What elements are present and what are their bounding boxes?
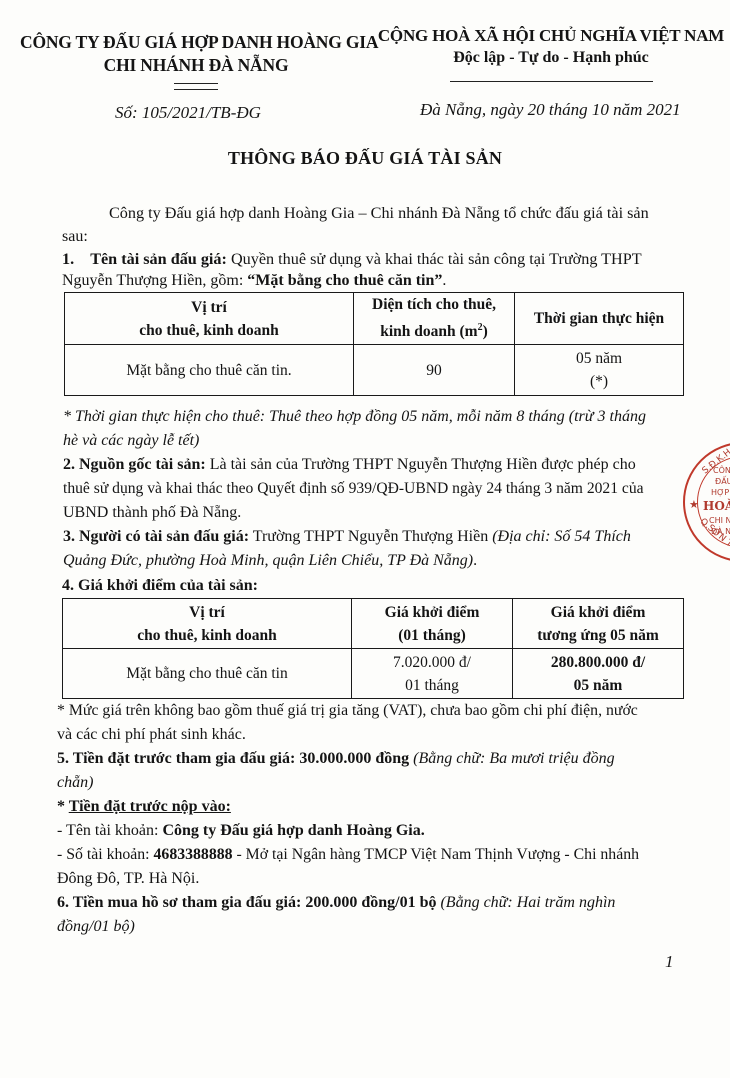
seal-text-large: HOÀNG: [703, 499, 730, 513]
header-text: Thời gian thực hiện: [519, 307, 679, 330]
header-text: kinh doanh (m2): [358, 316, 510, 343]
section-3-address: (Địa chỉ: Số 54 Thích: [492, 528, 631, 545]
section-5-line-1: 5. Tiền đặt trước tham gia đấu giá: 30.0…: [57, 750, 615, 768]
header-text: Giá khởi điểm: [356, 601, 508, 624]
page-number: 1: [665, 952, 674, 972]
company-header: CÔNG TY ĐẤU GIÁ HỢP DANH HOÀNG GIA CHI N…: [20, 32, 372, 90]
asterisk: *: [57, 798, 69, 815]
national-motto-title: CỘNG HOÀ XÃ HỘI CHỦ NGHĨA VIỆT NAM: [372, 26, 730, 46]
asset-table: Vị trí cho thuê, kinh doanh Diện tích ch…: [64, 292, 684, 396]
table-header-total-price: Giá khởi điểm tương ứng 05 năm: [513, 599, 684, 649]
table-header-row: Vị trí cho thuê, kinh doanh Diện tích ch…: [65, 293, 684, 345]
note-1-line-2: hè và các ngày lễ tết): [63, 432, 199, 450]
header-text: tương ứng 05 năm: [517, 624, 679, 647]
cell-total-price: 280.800.000 đ/ 05 năm: [513, 649, 684, 699]
table-row: Mặt bằng cho thuê căn tin. 90 05 năm (*): [65, 345, 684, 396]
section-2-label: 2. Nguồn gốc tài sản:: [63, 456, 206, 473]
table-row: Mặt bằng cho thuê căn tin 7.020.000 đ/ 0…: [63, 649, 684, 699]
table-header-duration: Thời gian thực hiện: [515, 293, 684, 345]
cell-location: Mặt bằng cho thuê căn tin: [63, 649, 352, 699]
section-6-words: (Bằng chữ: Hai trăm nghìn: [436, 894, 615, 911]
place-date: Đà Nẵng, ngày 20 tháng 10 năm 2021: [420, 100, 681, 120]
section-1-label: Tên tài sản đấu giá:: [90, 250, 227, 268]
national-header: CỘNG HOÀ XÃ HỘI CHỦ NGHĨA VIỆT NAM Độc l…: [372, 26, 730, 82]
account-number-label: - Số tài khoản:: [57, 846, 154, 863]
section-1-line-1: 1. Tên tài sản đấu giá: Quyền thuê sử dụ…: [62, 250, 642, 269]
account-name-line: - Tên tài khoản: Công ty Đấu giá hợp dan…: [57, 822, 425, 840]
section-3-label: 3. Người có tài sản đấu giá:: [63, 528, 249, 545]
note-2-line-1: * Mức giá trên không bao gồm thuế giá tr…: [57, 702, 638, 720]
branch-name: CHI NHÁNH ĐÀ NẴNG: [20, 55, 372, 76]
header-text: cho thuê, kinh doanh: [67, 624, 347, 647]
header-text: Vị trí: [69, 296, 349, 319]
starting-price-table: Vị trí cho thuê, kinh doanh Giá khởi điể…: [62, 598, 684, 699]
price-text: 7.020.000 đ/: [356, 651, 508, 674]
section-2-line-1: 2. Nguồn gốc tài sản: Là tài sản của Trư…: [63, 456, 636, 474]
table-header-location: Vị trí cho thuê, kinh doanh: [63, 599, 352, 649]
section-6-label: 6. Tiền mua hồ sơ tham gia đấu giá: 200.…: [57, 894, 436, 911]
header-text: cho thuê, kinh doanh: [69, 319, 349, 342]
cell-duration: 05 năm (*): [515, 345, 684, 396]
section-3-text: Trường THPT Nguyễn Thượng Hiền: [249, 528, 492, 545]
deposit-heading: * Tiền đặt trước nộp vào:: [57, 798, 231, 816]
section-3-line-2: Quảng Đức, phường Hoà Minh, quận Liên Ch…: [63, 552, 477, 570]
document-number: Số: 105/2021/TB-ĐG: [115, 103, 261, 123]
header-text: Vị trí: [67, 601, 347, 624]
star-icon: ★: [689, 498, 699, 511]
seal-text: HỢP: [711, 488, 729, 497]
section-3-line-1: 3. Người có tài sản đấu giá: Trường THPT…: [63, 528, 631, 546]
section-3-tail: .: [473, 552, 477, 569]
seal-text: CHI N: [709, 516, 730, 525]
national-motto-subtitle: Độc lập - Tự do - Hạnh phúc: [372, 49, 730, 67]
cell-monthly-price: 7.020.000 đ/ 01 tháng: [352, 649, 513, 699]
table-header-area: Diện tích cho thuê, kinh doanh (m2): [354, 293, 515, 345]
section-2-line-2: thuê sử dụng và khai thác theo Quyết địn…: [63, 480, 644, 498]
account-number: 4683388888: [154, 846, 233, 863]
page-title: THÔNG BÁO ĐẤU GIÁ TÀI SẢN: [0, 148, 730, 169]
section-1-number: 1.: [62, 250, 74, 268]
deposit-heading-text: Tiền đặt trước nộp vào:: [69, 798, 231, 815]
price-unit: 01 tháng: [356, 674, 508, 697]
bank-name: - Mở tại Ngân hàng TMCP Việt Nam Thịnh V…: [233, 846, 640, 863]
duration-note-marker: (*): [519, 370, 679, 393]
seal-text: ĐẤU: [715, 477, 730, 486]
header-text-part: ): [483, 324, 488, 341]
section-5-label: 5. Tiền đặt trước tham gia đấu giá: 30.0…: [57, 750, 409, 767]
price-unit: 05 năm: [517, 674, 679, 697]
section-1-tail: .: [442, 272, 446, 289]
table-header-location: Vị trí cho thuê, kinh doanh: [65, 293, 354, 345]
header-text: Diện tích cho thuê,: [358, 293, 510, 316]
section-5-line-2: chẵn): [57, 774, 93, 792]
section-1-text: Quyền thuê sử dụng và khai thác tài sản …: [227, 250, 642, 268]
account-name-label: - Tên tài khoản:: [57, 822, 162, 839]
header-text: Giá khởi điểm: [517, 601, 679, 624]
account-name: Công ty Đấu giá hợp danh Hoàng Gia.: [162, 822, 424, 839]
company-name: CÔNG TY ĐẤU GIÁ HỢP DANH HOÀNG GIA: [20, 32, 372, 53]
single-rule-divider: [450, 81, 653, 82]
section-5-words: (Bằng chữ: Ba mươi triệu đồng: [409, 750, 615, 767]
header-text: (01 tháng): [356, 624, 508, 647]
cell-area: 90: [354, 345, 515, 396]
duration-text: 05 năm: [519, 347, 679, 370]
asset-name: “Mặt bằng cho thuê căn tin”: [247, 272, 442, 289]
seal-text: CÔNG: [713, 466, 730, 475]
section-2-line-3: UBND thành phố Đà Nẵng.: [63, 504, 241, 522]
section-2-text: Là tài sản của Trường THPT Nguyễn Thượng…: [206, 456, 636, 473]
section-3-address-cont: Quảng Đức, phường Hoà Minh, quận Liên Ch…: [63, 552, 473, 569]
intro-line-2: sau:: [62, 228, 88, 246]
note-2-line-2: và các chi phí phát sinh khác.: [57, 726, 246, 744]
section-1-text-2: Nguyễn Thượng Hiền, gồm:: [62, 272, 247, 289]
table-header-monthly-price: Giá khởi điểm (01 tháng): [352, 599, 513, 649]
double-rule-divider: [174, 83, 218, 90]
cell-location: Mặt bằng cho thuê căn tin.: [65, 345, 354, 396]
account-number-line: - Số tài khoản: 4683388888 - Mở tại Ngân…: [57, 846, 639, 864]
price-text: 280.800.000 đ/: [517, 651, 679, 674]
section-1-line-2: Nguyễn Thượng Hiền, gồm: “Mặt bằng cho t…: [62, 272, 446, 290]
bank-branch-line: Đông Đô, TP. Hà Nội.: [57, 870, 199, 888]
note-1-line-1: * Thời gian thực hiện cho thuê: Thuê the…: [63, 408, 646, 426]
seal-text: ĐÀ N: [711, 527, 730, 536]
section-6-line-2: đồng/01 bộ): [57, 918, 135, 936]
red-seal-stamp: S.Đ.K.H.Đ Q.SƠN TRÀ ★ CÔNG ĐẤU HỢP HOÀNG…: [683, 442, 730, 562]
table-header-row: Vị trí cho thuê, kinh doanh Giá khởi điể…: [63, 599, 684, 649]
section-6-line-1: 6. Tiền mua hồ sơ tham gia đấu giá: 200.…: [57, 894, 615, 912]
header-text-part: kinh doanh (m: [380, 324, 477, 341]
intro-line-1: Công ty Đấu giá hợp danh Hoàng Gia – Chi…: [109, 204, 649, 223]
section-4-label: 4. Giá khởi điểm của tài sản:: [62, 577, 258, 595]
